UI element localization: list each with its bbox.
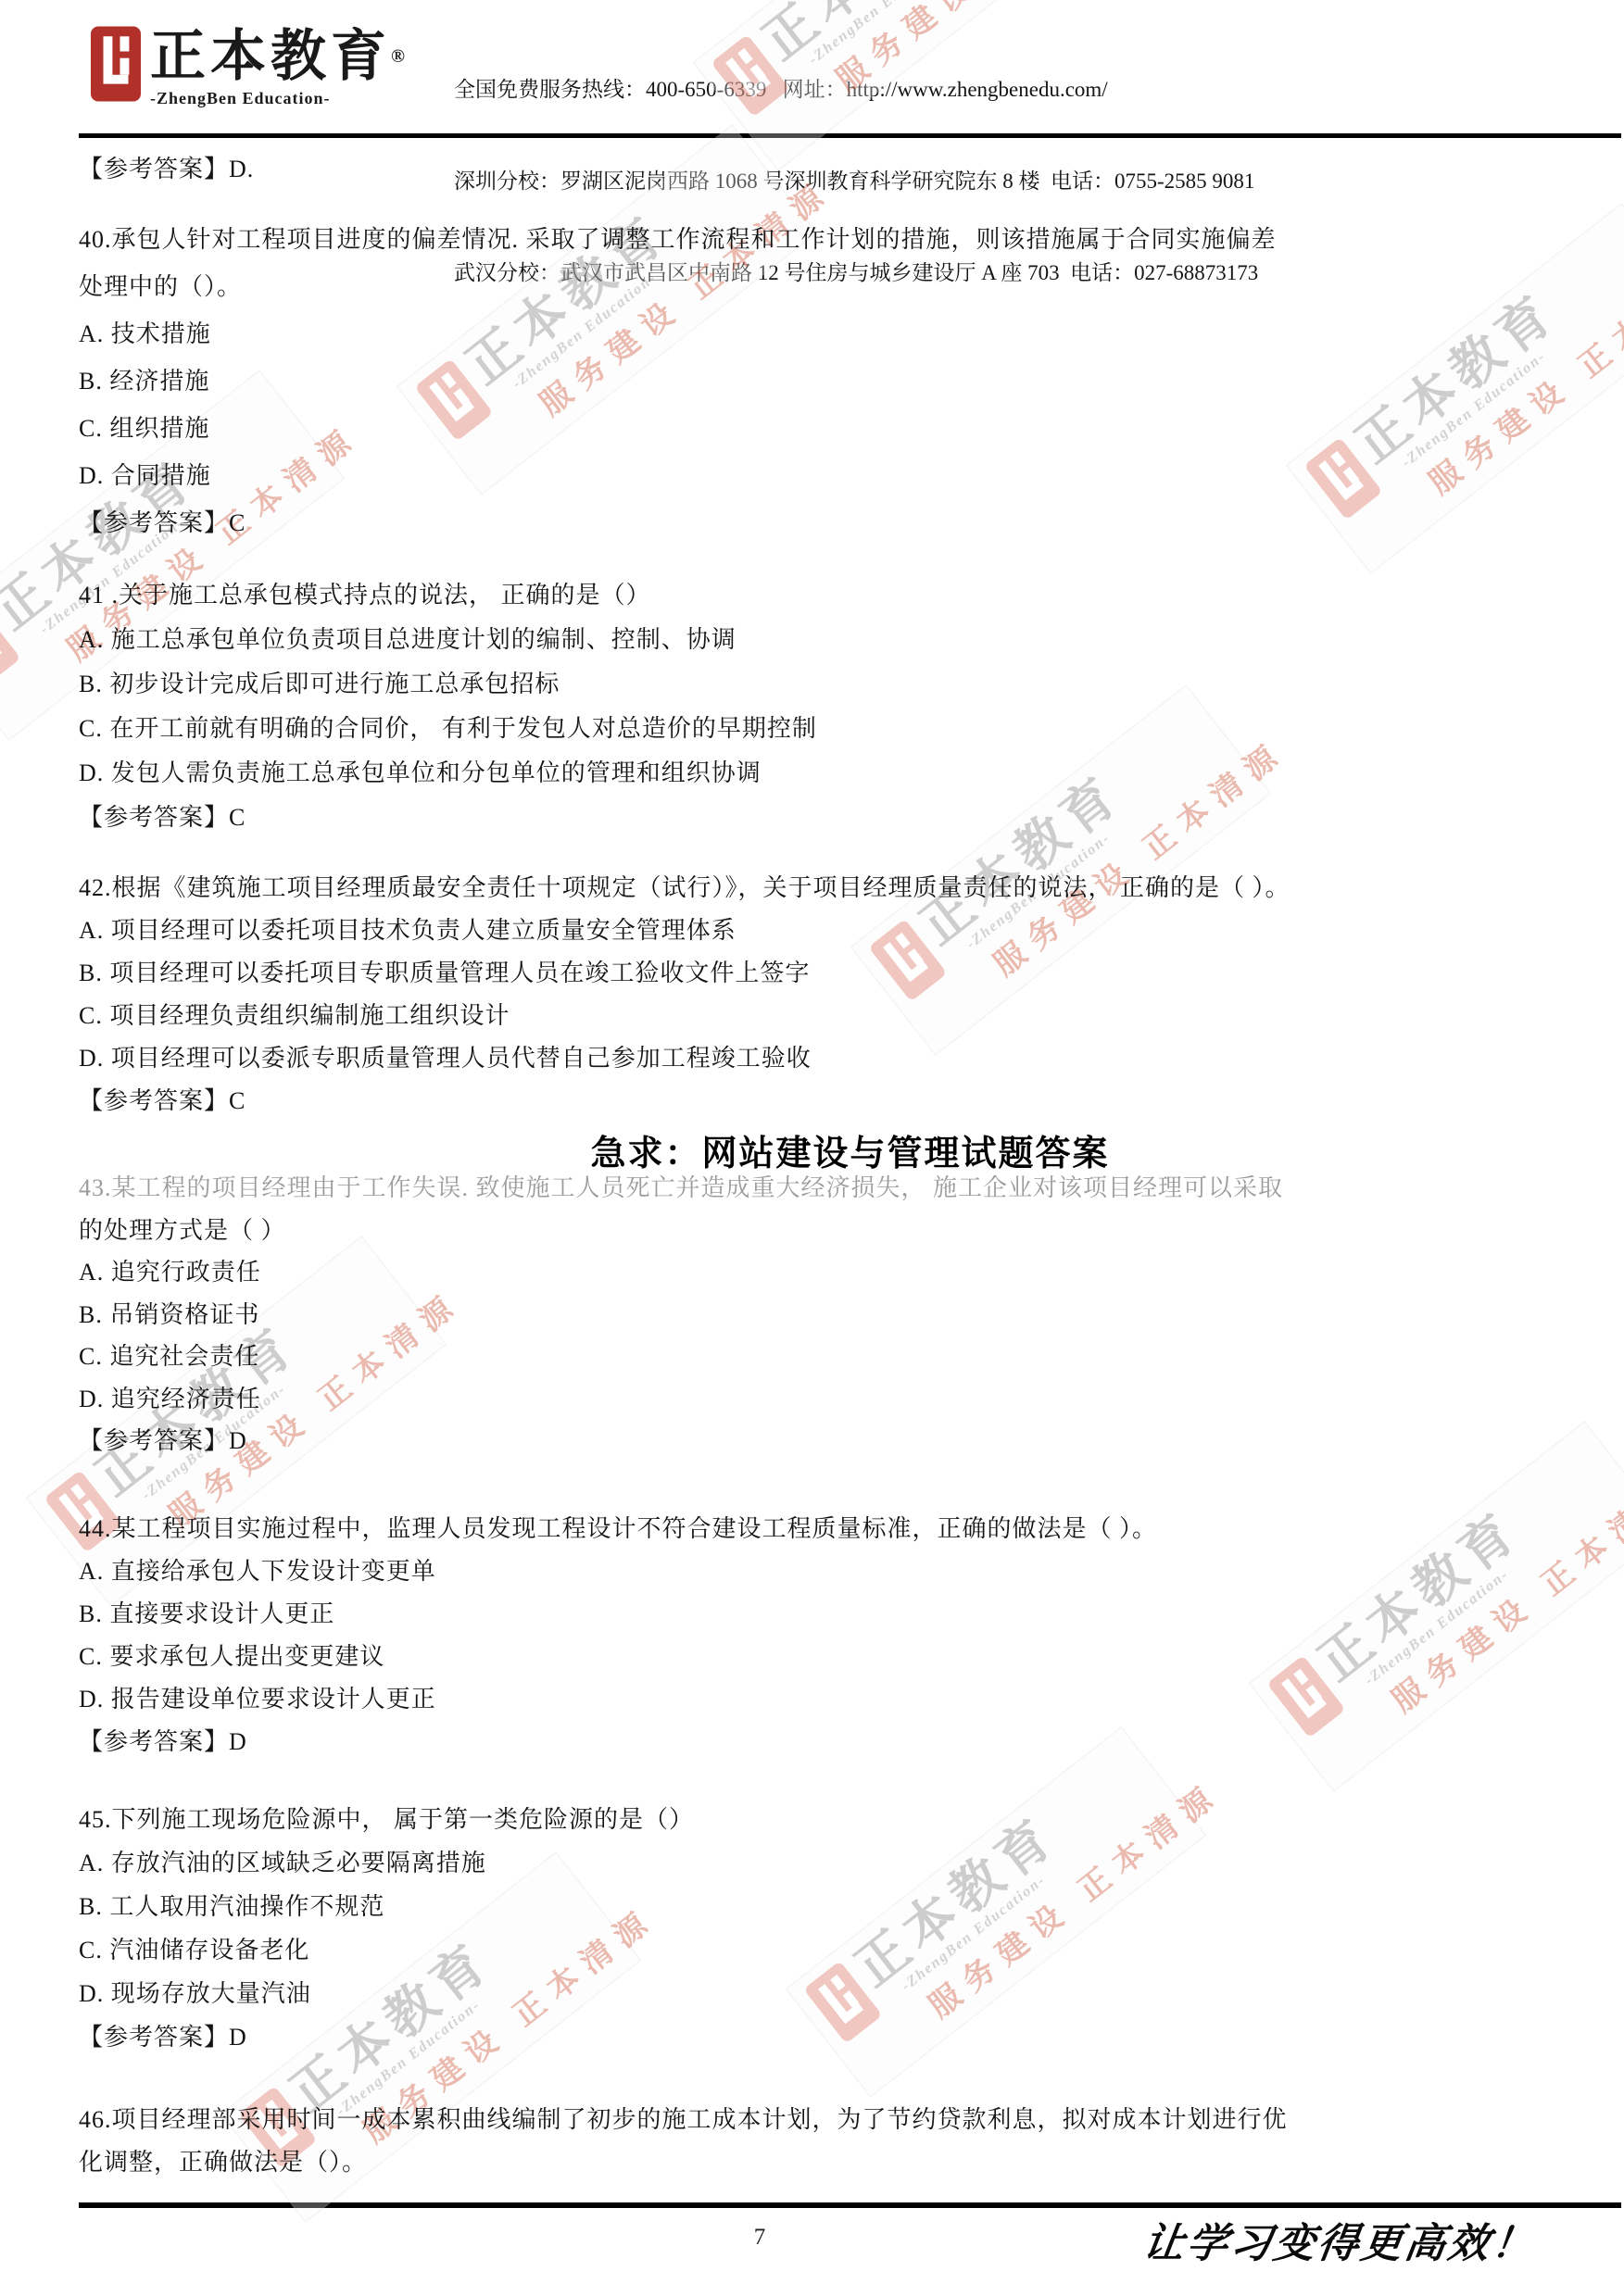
question-line: B. 项目经理可以委托项目专职质量管理人员在竣工猃收文件上签字 <box>79 954 810 988</box>
watermark-stamp: 正本教育 -ZhengBen Education- 服务建设 正本清源 <box>1249 1421 1624 1792</box>
question-line: B. 直接要求设计人更正 <box>79 1595 334 1629</box>
question-line: 【参考答案】D <box>79 1422 247 1456</box>
footer-slogan: 让学习变得更高效！ <box>1140 2210 1541 2269</box>
question-line: D. 发包人需负责施工总承包单位和分包单位的管理和组织协调 <box>79 754 762 788</box>
question-line: C. 要求承包人提出变更建议 <box>79 1637 384 1672</box>
contact-shenzhen-branch: 深圳分校：罗湖区泥岗西路 1068 号深圳教育科学研究院东 8 楼 电话：075… <box>454 166 1623 196</box>
question-line: A. 直接给承包人下发设计变更单 <box>79 1552 436 1587</box>
question-line: 【参考答案】D <box>79 1723 247 1757</box>
contact-hotline: 全国免费服务热线：400-650-6339 网址：http://www.zhen… <box>454 74 1623 105</box>
question-line: A. 技术措施 <box>79 315 211 349</box>
question-line: 45.下列施工现场危险源中， 属于第一类危险源的是（） <box>79 1800 694 1835</box>
question-line: C. 项目经理负责组织编制施工组织设计 <box>79 997 510 1031</box>
question-line: 42.根据《建筑施工项目经理质最安全责任十项规定（试行）》，关于项目经理质量责任… <box>79 869 1290 903</box>
question-line: A. 存放汽油的区域缺乏必要隔离措施 <box>79 1844 486 1878</box>
question-line: C. 在开工前就有明确的合同价， 有利于发包人对总造价的早期控制 <box>79 709 817 744</box>
question-line: A. 追究行政责任 <box>79 1253 261 1287</box>
brand-name: 正本教育® <box>150 26 405 87</box>
question-line: C. 组织措施 <box>79 409 209 444</box>
document-page: 正本教育 -ZhengBen Education- 服务建设 正本清源 正本教育… <box>0 0 1624 2296</box>
registered-mark: ® <box>391 46 405 67</box>
brand-text-block: 正本教育® -ZhengBen Education- <box>150 26 405 108</box>
question-line: 【参考答案】C <box>79 798 245 833</box>
question-line: A. 施工总承包单位负责项目总进度计划的编制、控制、协调 <box>79 621 736 655</box>
question-line: B. 初步设计完成后即可进行施工总承包招标 <box>79 665 560 699</box>
header-rule <box>79 133 1621 138</box>
question-line: C. 追究社会责任 <box>79 1337 259 1372</box>
question-line: B. 工人取用汽油操作不规范 <box>79 1888 384 1922</box>
question-line: 【参考答案】C <box>79 504 245 538</box>
question-line: B. 经济措施 <box>79 362 209 396</box>
question-line: 40.承包人针对工程项目进度的偏差情况. 采取了调整工作流程和工作计划的措施，则… <box>79 220 1277 255</box>
question-line: C. 汽油储存设备老化 <box>79 1931 309 1965</box>
question-line: 46.项目经理部采用时间一成本累积曲线编制了初步的施工成本计划，为了节约贷款利息… <box>79 2101 1288 2135</box>
page-number: 7 <box>727 2225 792 2251</box>
watermark-stamp: 正本教育 -ZhengBen Education- 服务建设 正本清源 <box>786 1726 1206 2098</box>
section-heading: 急求：网站建设与管理试题答案 <box>79 1124 1621 1175</box>
question-line: 【参考答案】D <box>79 2018 247 2052</box>
brand-logo: 正本教育® -ZhengBen Education- <box>91 26 405 108</box>
brand-name-cn: 正本教育 <box>150 26 391 87</box>
brand-name-en: -ZhengBen Education- <box>150 89 405 108</box>
question-line: D. 项目经理可以委派专职质量管理人员代替自己参加工程竣工验收 <box>79 1039 812 1073</box>
question-line: D. 合同措施 <box>79 457 211 491</box>
reference-answer-line: 【参考答案】D. <box>79 150 254 184</box>
question-line: D. 现场存放大量汽油 <box>79 1975 311 2009</box>
question-line: 44.某工程项目实施过程中，监理人员发现工程设计不符合建设工程质量标准，正确的做… <box>79 1510 1157 1544</box>
brand-logo-icon <box>91 26 141 102</box>
question-line: D. 追究经济责任 <box>79 1380 261 1414</box>
question-line: D. 报告建设单位要求设计人更正 <box>79 1680 436 1714</box>
question-line: B. 吊销资格证书 <box>79 1296 259 1330</box>
question-line: 处理中的（）。 <box>79 268 242 302</box>
question-line: A. 项目经理可以委托项目技术负责人建立质量安全管理体系 <box>79 911 736 946</box>
question-line: 化调整，正确做法是（）。 <box>79 2143 367 2177</box>
question-line: 的处理方式是（ ） <box>79 1211 286 1246</box>
question-line: 【参考答案】C <box>79 1082 245 1116</box>
question-line: 41 .关于施工总承包模式持点的说法， 正确的是（） <box>79 576 651 610</box>
